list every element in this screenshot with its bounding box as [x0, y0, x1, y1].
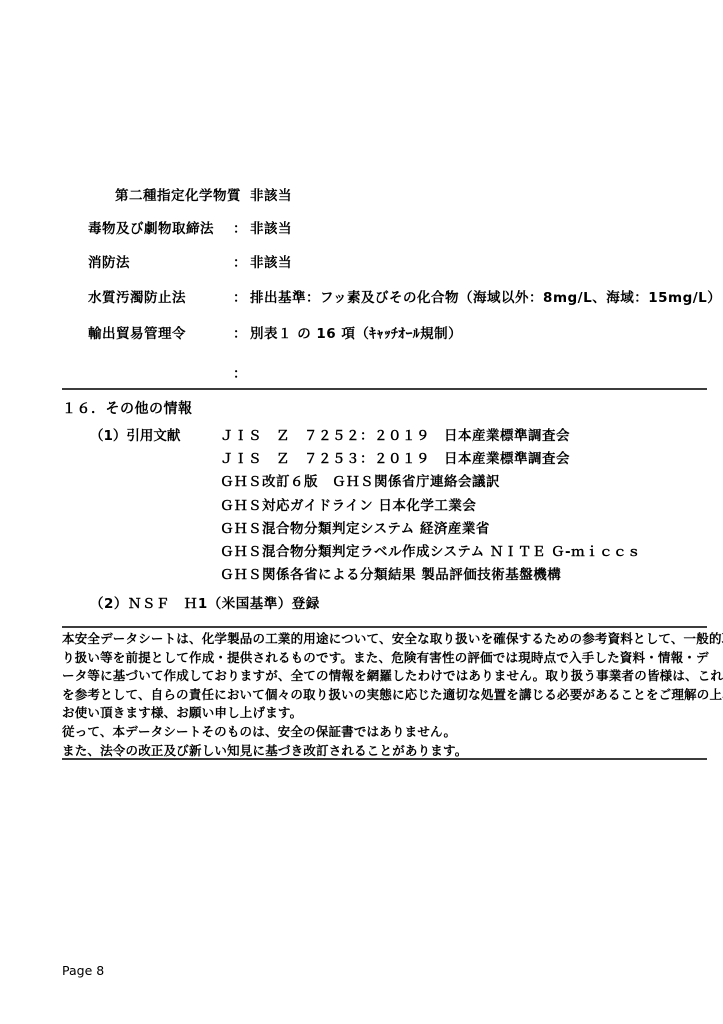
colon-separator: ：: [233, 251, 250, 271]
regulation-value: 非該当: [250, 251, 292, 271]
disclaimer-line: り扱い等を前提として作成・提供されるものです。また、危険有害性の評価では現時点で…: [62, 649, 712, 668]
colon-separator: ：: [233, 184, 250, 204]
sds-document-page: 第二種指定化学物質：非該当 毒物及び劇物取締法：非該当 消防法：非該当 水質汚濁…: [0, 0, 723, 1024]
reference-item: ＪＩＳ Ｚ ７２５３：２０１９ 日本産業標準調査会: [220, 447, 570, 467]
reference-item: ＧＨＳ関係各省による分類結果 製品評価技術基盤機構: [220, 563, 561, 583]
regulation-row: 水質汚濁防止法：排出基準：フッ素及びその化合物（海域以外：8mg/L、海域：15…: [88, 286, 721, 306]
page-number-footer: Page 8: [62, 963, 104, 978]
regulation-row: 輸出貿易管理令：別表１ の 16 項（ｷｬｯﾁｵｰﾙ規制）: [88, 322, 462, 342]
disclaimer-line: 本安全データシートは、化学製品の工業的用途について、安全な取り扱いを確保するため…: [62, 630, 712, 649]
regulation-row: 毒物及び劇物取締法：非該当: [88, 217, 292, 237]
references-label: （1）引用文献: [90, 424, 180, 444]
reference-item: ＧＨＳ混合物分類判定ラベル作成システム ＮＩＴＥ Ｇ-ｍｉｃｃｓ: [220, 540, 641, 560]
colon-separator: ：: [233, 217, 250, 237]
section-16-heading: １６．その他の情報: [62, 398, 193, 418]
regulation-label: 水質汚濁防止法: [88, 286, 233, 306]
regulation-value: 別表１ の 16 項（ｷｬｯﾁｵｰﾙ規制）: [250, 322, 462, 342]
colon-separator: ：: [233, 362, 250, 382]
reference-item: ＧＨＳ混合物分類判定システム 経済産業省: [220, 517, 490, 537]
regulation-row: ：: [88, 362, 250, 382]
disclaimer-top-rule: [62, 626, 707, 628]
regulation-value: 非該当: [250, 184, 292, 204]
regulation-label: 毒物及び劇物取締法: [88, 217, 233, 237]
regulation-row: 第二種指定化学物質：非該当: [88, 184, 292, 204]
regulation-row: 消防法：非該当: [88, 251, 292, 271]
regulation-value: 非該当: [250, 217, 292, 237]
regulation-label: 消防法: [88, 251, 233, 271]
disclaimer-line: を参考として、自らの責任において個々の取り扱いの実態に応じた適切な処置を講じる必…: [62, 686, 712, 705]
disclaimer-bottom-rule: [62, 758, 707, 760]
disclaimer-line: お使い頂きます様、お願い申し上げます。: [62, 704, 712, 723]
disclaimer-paragraph: 本安全データシートは、化学製品の工業的用途について、安全な取り扱いを確保するため…: [62, 630, 712, 760]
reference-item: ＧＨＳ対応ガイドライン 日本化学工業会: [220, 494, 476, 514]
disclaimer-line: ータ等に基づいて作成しておりますが、全ての情報を網羅したわけではありません。取り…: [62, 667, 712, 686]
regulation-value: 排出基準：フッ素及びその化合物（海域以外：8mg/L、海域：15mg/L）: [250, 286, 721, 306]
reference-item: ＧＨＳ改訂６版 ＧＨＳ関係省庁連絡会議訳: [220, 470, 500, 490]
colon-separator: ：: [233, 322, 250, 342]
colon-separator: ：: [233, 286, 250, 306]
regulation-label: 輸出貿易管理令: [88, 322, 233, 342]
regulation-label: 第二種指定化学物質: [88, 184, 233, 204]
section-divider-rule: [62, 388, 707, 390]
reference-item: ＪＩＳ Ｚ ７２５２：２０１９ 日本産業標準調査会: [220, 424, 570, 444]
disclaimer-line: 従って、本データシートそのものは、安全の保証書ではありません。: [62, 723, 712, 742]
nsf-registration-line: （2）ＮＳＦ Ｈ1（米国基準）登録: [90, 592, 320, 612]
